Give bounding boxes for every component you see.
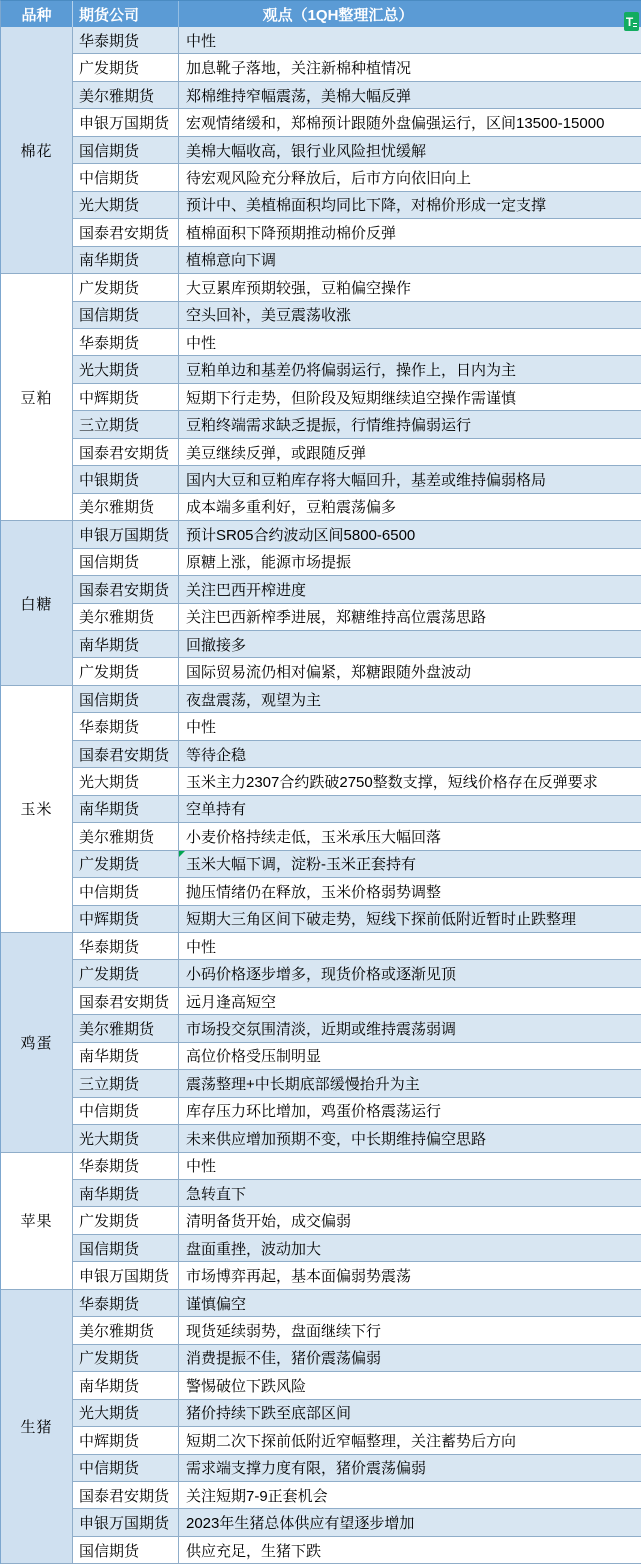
table-row: 广发期货 消费提振不佳，猪价震荡偏弱 — [73, 1345, 641, 1372]
opinion-cell[interactable]: 关注巴西开榨进度 — [179, 576, 641, 602]
company-cell[interactable]: 国信期货 — [73, 302, 179, 328]
opinion-cell[interactable]: 郑棉维持窄幅震荡，美棉大幅反弹 — [179, 82, 641, 108]
table-row: 国泰君安期货 植棉面积下降预期推动棉价反弹 — [73, 219, 641, 246]
section-rows: 广发期货 大豆累库预期较强，豆粕偏空操作 国信期货 空头回补，美豆震荡收涨 华泰… — [73, 274, 641, 521]
company-cell[interactable]: 申银万国期货 — [73, 1509, 179, 1535]
opinion-cell[interactable]: 美豆继续反弹，或跟随反弹 — [179, 439, 641, 465]
company-cell[interactable]: 申银万国期货 — [73, 109, 179, 135]
opinion-cell[interactable]: 预计中、美植棉面积均同比下降，对棉价形成一定支撑 — [179, 192, 641, 218]
table-row: 广发期货 国际贸易流仍相对偏紧，郑糖跟随外盘波动 — [73, 658, 641, 685]
opinion-cell[interactable]: 植棉面积下降预期推动棉价反弹 — [179, 219, 641, 245]
commodity-section: 豆粕 广发期货 大豆累库预期较强，豆粕偏空操作 国信期货 空头回补，美豆震荡收涨… — [1, 274, 641, 521]
opinion-cell[interactable]: 中性 — [179, 933, 641, 959]
table-row: 中信期货 库存压力环比增加，鸡蛋价格震荡运行 — [73, 1098, 641, 1125]
opinion-cell[interactable]: 植棉意向下调 — [179, 247, 641, 273]
opinion-cell[interactable]: 中性 — [179, 329, 641, 355]
opinion-cell[interactable]: 小码价格逐步增多，现货价格或逐渐见顶 — [179, 960, 641, 986]
company-cell[interactable]: 广发期货 — [73, 54, 179, 80]
header-variety: 品种 — [1, 1, 73, 27]
opinion-cell[interactable]: 玉米主力2307合约跌破2750整数支撑，短线价格存在反弹要求 — [179, 768, 641, 794]
commodity-section: 鸡蛋 华泰期货 中性 广发期货 小码价格逐步增多，现货价格或逐渐见顶 国泰君安期… — [1, 933, 641, 1153]
company-cell[interactable]: 南华期货 — [73, 631, 179, 657]
table-row: 广发期货 清明备货开始，成交偏弱 — [73, 1207, 641, 1234]
table-row: 光大期货 未来供应增加预期不变，中长期维持偏空思路 — [73, 1125, 641, 1152]
opinion-cell[interactable]: 盘面重挫，波动加大 — [179, 1235, 641, 1261]
table-row: 三立期货 震荡整理+中长期底部缓慢抬升为主 — [73, 1070, 641, 1097]
opinion-cell[interactable]: 现货延续弱势，盘面继续下行 — [179, 1317, 641, 1343]
company-cell[interactable]: 国信期货 — [73, 549, 179, 575]
table-row: 南华期货 警惕破位下跌风险 — [73, 1372, 641, 1399]
company-cell[interactable]: 中信期货 — [73, 1455, 179, 1481]
company-cell[interactable]: 华泰期货 — [73, 329, 179, 355]
company-cell[interactable]: 中银期货 — [73, 466, 179, 492]
table-row: 南华期货 急转直下 — [73, 1180, 641, 1207]
opinion-cell[interactable]: 短期下行走势，但阶段及短期继续追空操作需谨慎 — [179, 384, 641, 410]
company-cell[interactable]: 美尔雅期货 — [73, 823, 179, 849]
opinion-cell[interactable]: 猪价持续下跌至底部区间 — [179, 1400, 641, 1426]
company-cell[interactable]: 美尔雅期货 — [73, 494, 179, 520]
opinion-cell[interactable]: 夜盘震荡，观望为主 — [179, 686, 641, 712]
table-row: 国泰君安期货 美豆继续反弹，或跟随反弹 — [73, 439, 641, 466]
table-row: 国信期货 美棉大幅收高，银行业风险担忧缓解 — [73, 137, 641, 164]
commodity-section: 棉花 华泰期货 中性 广发期货 加息靴子落地，关注新棉种植情况 美尔雅期货 郑棉… — [1, 27, 641, 274]
opinion-cell[interactable]: 玉米大幅下调，淀粉-玉米正套持有 — [179, 851, 641, 877]
company-cell[interactable]: 光大期货 — [73, 1400, 179, 1426]
opinion-cell[interactable]: 中性 — [179, 27, 641, 53]
opinion-cell[interactable]: 清明备货开始，成交偏弱 — [179, 1207, 641, 1233]
section-rows: 华泰期货 中性 南华期货 急转直下 广发期货 清明备货开始，成交偏弱 国信期货 … — [73, 1153, 641, 1290]
table-row: 光大期货 预计中、美植棉面积均同比下降，对棉价形成一定支撑 — [73, 192, 641, 219]
company-cell[interactable]: 广发期货 — [73, 1207, 179, 1233]
opinion-cell[interactable]: 关注巴西新榨季进展，郑糖维持高位震荡思路 — [179, 604, 641, 630]
table-row: 广发期货 玉米大幅下调，淀粉-玉米正套持有 — [73, 851, 641, 878]
company-cell[interactable]: 国泰君安期货 — [73, 741, 179, 767]
company-cell[interactable]: 中信期货 — [73, 878, 179, 904]
section-rows: 申银万国期货 预计SR05合约波动区间5800-6500 国信期货 原糖上涨，能… — [73, 521, 641, 686]
company-cell[interactable]: 美尔雅期货 — [73, 1317, 179, 1343]
variety-cell[interactable]: 苹果 — [1, 1153, 73, 1290]
opinion-cell[interactable]: 中性 — [179, 713, 641, 739]
company-cell[interactable]: 美尔雅期货 — [73, 1015, 179, 1041]
opinion-cell[interactable]: 未来供应增加预期不变，中长期维持偏空思路 — [179, 1125, 641, 1151]
company-cell[interactable]: 广发期货 — [73, 658, 179, 684]
table-row: 美尔雅期货 成本端多重利好，豆粕震荡偏多 — [73, 494, 641, 521]
table-row: 南华期货 高位价格受压制明显 — [73, 1043, 641, 1070]
variety-cell[interactable]: 棉花 — [1, 27, 73, 274]
table-row: 国泰君安期货 关注短期7-9正套机会 — [73, 1482, 641, 1509]
table-header: 品种 期货公司 观点（1QH整理汇总） T — [1, 1, 641, 27]
header-company: 期货公司 — [73, 1, 179, 27]
table-row: 中辉期货 短期下行走势，但阶段及短期继续追空操作需谨慎 — [73, 384, 641, 411]
opinion-cell[interactable]: 国内大豆和豆粕库存将大幅回升，基差或维持偏弱格局 — [179, 466, 641, 492]
opinion-cell[interactable]: 震荡整理+中长期底部缓慢抬升为主 — [179, 1070, 641, 1096]
table-row: 三立期货 豆粕终端需求缺乏提振，行情维持偏弱运行 — [73, 411, 641, 438]
section-rows: 华泰期货 中性 广发期货 小码价格逐步增多，现货价格或逐渐见顶 国泰君安期货 远… — [73, 933, 641, 1153]
commodity-section: 白糖 申银万国期货 预计SR05合约波动区间5800-6500 国信期货 原糖上… — [1, 521, 641, 686]
company-cell[interactable]: 广发期货 — [73, 851, 179, 877]
table-row: 华泰期货 中性 — [73, 27, 641, 54]
table-row: 中银期货 国内大豆和豆粕库存将大幅回升，基差或维持偏弱格局 — [73, 466, 641, 493]
company-cell[interactable]: 南华期货 — [73, 796, 179, 822]
header-opinion: 观点（1QH整理汇总） — [179, 1, 641, 27]
table-row: 光大期货 猪价持续下跌至底部区间 — [73, 1400, 641, 1427]
opinion-cell[interactable]: 供应充足，生猪下跌 — [179, 1537, 641, 1563]
company-cell[interactable]: 国泰君安期货 — [73, 219, 179, 245]
table-row: 国泰君安期货 等待企稳 — [73, 741, 641, 768]
table-row: 国泰君安期货 关注巴西开榨进度 — [73, 576, 641, 603]
opinion-cell[interactable]: 加息靴子落地，关注新棉种植情况 — [179, 54, 641, 80]
table-row: 广发期货 加息靴子落地，关注新棉种植情况 — [73, 54, 641, 81]
table-row: 国信期货 空头回补，美豆震荡收涨 — [73, 302, 641, 329]
company-cell[interactable]: 光大期货 — [73, 1125, 179, 1151]
company-cell[interactable]: 光大期货 — [73, 768, 179, 794]
company-cell[interactable]: 三立期货 — [73, 411, 179, 437]
variety-cell[interactable]: 玉米 — [1, 686, 73, 933]
table-row: 申银万国期货 预计SR05合约波动区间5800-6500 — [73, 521, 641, 548]
company-cell[interactable]: 广发期货 — [73, 960, 179, 986]
opinion-cell[interactable]: 市场博弈再起，基本面偏弱势震荡 — [179, 1262, 641, 1288]
opinion-cell[interactable]: 等待企稳 — [179, 741, 641, 767]
table-row: 申银万国期货 市场博弈再起，基本面偏弱势震荡 — [73, 1262, 641, 1289]
company-cell[interactable]: 光大期货 — [73, 356, 179, 382]
company-cell[interactable]: 华泰期货 — [73, 713, 179, 739]
company-cell[interactable]: 国泰君安期货 — [73, 439, 179, 465]
opinion-cell[interactable]: 豆粕终端需求缺乏提振，行情维持偏弱运行 — [179, 411, 641, 437]
company-cell[interactable]: 光大期货 — [73, 192, 179, 218]
table-row: 中辉期货 短期二次下探前低附近窄幅整理，关注蓄势后方向 — [73, 1427, 641, 1454]
opinion-cell[interactable]: 成本端多重利好，豆粕震荡偏多 — [179, 494, 641, 520]
opinion-cell[interactable]: 回撤接多 — [179, 631, 641, 657]
table-row: 光大期货 玉米主力2307合约跌破2750整数支撑，短线价格存在反弹要求 — [73, 768, 641, 795]
table-row: 国信期货 夜盘震荡，观望为主 — [73, 686, 641, 713]
table-row: 美尔雅期货 郑棉维持窄幅震荡，美棉大幅反弹 — [73, 82, 641, 109]
commodity-section: 玉米 国信期货 夜盘震荡，观望为主 华泰期货 中性 国泰君安期货 等待企稳 光大… — [1, 686, 641, 933]
opinion-cell[interactable]: 中性 — [179, 1153, 641, 1179]
table-row: 光大期货 豆粕单边和基差仍将偏弱运行，操作上，日内为主 — [73, 356, 641, 383]
opinion-cell[interactable]: 远月逢高短空 — [179, 988, 641, 1014]
table-row: 申银万国期货 2023年生猪总体供应有望逐步增加 — [73, 1509, 641, 1536]
table-row: 国信期货 原糖上涨，能源市场提振 — [73, 549, 641, 576]
company-cell[interactable]: 国泰君安期货 — [73, 988, 179, 1014]
opinion-cell[interactable]: 空单持有 — [179, 796, 641, 822]
section-rows: 华泰期货 中性 广发期货 加息靴子落地，关注新棉种植情况 美尔雅期货 郑棉维持窄… — [73, 27, 641, 274]
table-row: 南华期货 空单持有 — [73, 796, 641, 823]
company-cell[interactable]: 南华期货 — [73, 1043, 179, 1069]
company-cell[interactable]: 国信期货 — [73, 137, 179, 163]
table-row: 广发期货 大豆累库预期较强，豆粕偏空操作 — [73, 274, 641, 301]
opinion-cell[interactable]: 需求端支撑力度有限，猪价震荡偏弱 — [179, 1455, 641, 1481]
opinion-cell[interactable]: 豆粕单边和基差仍将偏弱运行，操作上，日内为主 — [179, 356, 641, 382]
company-cell[interactable]: 国信期货 — [73, 686, 179, 712]
opinion-cell[interactable]: 小麦价格持续走低，玉米承压大幅回落 — [179, 823, 641, 849]
table-row: 广发期货 小码价格逐步增多，现货价格或逐渐见顶 — [73, 960, 641, 987]
company-cell[interactable]: 中信期货 — [73, 164, 179, 190]
company-cell[interactable]: 国信期货 — [73, 1537, 179, 1563]
opinion-cell[interactable]: 市场投交氛围清淡，近期或维持震荡弱调 — [179, 1015, 641, 1041]
opinion-cell[interactable]: 谨慎偏空 — [179, 1290, 641, 1316]
table-row: 美尔雅期货 关注巴西新榨季进展，郑糖维持高位震荡思路 — [73, 604, 641, 631]
opinion-cell[interactable]: 短期大三角区间下破走势，短线下探前低附近暂时止跌整理 — [179, 906, 641, 932]
company-cell[interactable]: 中信期货 — [73, 1098, 179, 1124]
opinion-cell[interactable]: 抛压情绪仍在释放，玉米价格弱势调整 — [179, 878, 641, 904]
company-cell[interactable]: 国泰君安期货 — [73, 576, 179, 602]
futures-opinion-table: 品种 期货公司 观点（1QH整理汇总） T 棉花 华泰期货 中性 广发期货 加息… — [0, 0, 641, 1564]
opinion-cell[interactable]: 短期二次下探前低附近窄幅整理，关注蓄势后方向 — [179, 1427, 641, 1453]
commodity-section: 苹果 华泰期货 中性 南华期货 急转直下 广发期货 清明备货开始，成交偏弱 国信… — [1, 1153, 641, 1290]
table-row: 中信期货 需求端支撑力度有限，猪价震荡偏弱 — [73, 1455, 641, 1482]
opinion-cell[interactable]: 消费提振不佳，猪价震荡偏弱 — [179, 1345, 641, 1371]
table-row: 南华期货 回撤接多 — [73, 631, 641, 658]
variety-cell[interactable]: 白糖 — [1, 521, 73, 686]
table-row: 华泰期货 谨慎偏空 — [73, 1290, 641, 1317]
table-row: 国泰君安期货 远月逢高短空 — [73, 988, 641, 1015]
table-row: 中信期货 抛压情绪仍在释放，玉米价格弱势调整 — [73, 878, 641, 905]
company-cell[interactable]: 华泰期货 — [73, 27, 179, 53]
opinion-cell[interactable]: 2023年生猪总体供应有望逐步增加 — [179, 1509, 641, 1535]
company-cell[interactable]: 国泰君安期货 — [73, 1482, 179, 1508]
opinion-cell[interactable]: 预计SR05合约波动区间5800-6500 — [179, 521, 641, 547]
opinion-cell[interactable]: 国际贸易流仍相对偏紧，郑糖跟随外盘波动 — [179, 658, 641, 684]
opinion-cell[interactable]: 空头回补，美豆震荡收涨 — [179, 302, 641, 328]
table-row: 申银万国期货 宏观情绪缓和，郑棉预计跟随外盘偏强运行，区间13500-15000 — [73, 109, 641, 136]
opinion-cell[interactable]: 警惕破位下跌风险 — [179, 1372, 641, 1398]
table-row: 中辉期货 短期大三角区间下破走势，短线下探前低附近暂时止跌整理 — [73, 906, 641, 933]
company-cell[interactable]: 申银万国期货 — [73, 1262, 179, 1288]
opinion-cell[interactable]: 美棉大幅收高，银行业风险担忧缓解 — [179, 137, 641, 163]
opinion-cell[interactable]: 待宏观风险充分释放后，后市方向依旧向上 — [179, 164, 641, 190]
table-row: 中信期货 待宏观风险充分释放后，后市方向依旧向上 — [73, 164, 641, 191]
table-row: 美尔雅期货 现货延续弱势，盘面继续下行 — [73, 1317, 641, 1344]
table-row: 华泰期货 中性 — [73, 329, 641, 356]
company-cell[interactable]: 申银万国期货 — [73, 521, 179, 547]
company-cell[interactable]: 广发期货 — [73, 274, 179, 300]
company-cell[interactable]: 三立期货 — [73, 1070, 179, 1096]
variety-cell[interactable]: 生猪 — [1, 1290, 73, 1564]
table-row: 华泰期货 中性 — [73, 1153, 641, 1180]
table-row: 南华期货 植棉意向下调 — [73, 247, 641, 274]
section-rows: 华泰期货 谨慎偏空 美尔雅期货 现货延续弱势，盘面继续下行 广发期货 消费提振不… — [73, 1290, 641, 1564]
table-row: 美尔雅期货 市场投交氛围清淡，近期或维持震荡弱调 — [73, 1015, 641, 1042]
company-cell[interactable]: 华泰期货 — [73, 1153, 179, 1179]
company-cell[interactable]: 广发期货 — [73, 1345, 179, 1371]
company-cell[interactable]: 国信期货 — [73, 1235, 179, 1261]
company-cell[interactable]: 华泰期货 — [73, 1290, 179, 1316]
section-rows: 国信期货 夜盘震荡，观望为主 华泰期货 中性 国泰君安期货 等待企稳 光大期货 … — [73, 686, 641, 933]
company-cell[interactable]: 中辉期货 — [73, 1427, 179, 1453]
company-cell[interactable]: 中辉期货 — [73, 384, 179, 410]
table-row: 美尔雅期货 小麦价格持续走低，玉米承压大幅回落 — [73, 823, 641, 850]
opinion-cell[interactable]: 急转直下 — [179, 1180, 641, 1206]
table-row: 华泰期货 中性 — [73, 933, 641, 960]
opinion-cell[interactable]: 高位价格受压制明显 — [179, 1043, 641, 1069]
company-cell[interactable]: 美尔雅期货 — [73, 82, 179, 108]
company-cell[interactable]: 中辉期货 — [73, 906, 179, 932]
opinion-cell[interactable]: 大豆累库预期较强，豆粕偏空操作 — [179, 274, 641, 300]
cell-comment-marker — [179, 851, 185, 857]
opinion-cell[interactable]: 宏观情绪缓和，郑棉预计跟随外盘偏强运行，区间13500-15000 — [179, 109, 641, 135]
table-row: 国信期货 供应充足，生猪下跌 — [73, 1537, 641, 1564]
opinion-cell[interactable]: 原糖上涨，能源市场提振 — [179, 549, 641, 575]
commodity-section: 生猪 华泰期货 谨慎偏空 美尔雅期货 现货延续弱势，盘面继续下行 广发期货 消费… — [1, 1290, 641, 1564]
opinion-cell[interactable]: 库存压力环比增加，鸡蛋价格震荡运行 — [179, 1098, 641, 1124]
company-cell[interactable]: 美尔雅期货 — [73, 604, 179, 630]
variety-cell[interactable]: 豆粕 — [1, 274, 73, 521]
opinion-cell[interactable]: 关注短期7-9正套机会 — [179, 1482, 641, 1508]
table-row: 华泰期货 中性 — [73, 713, 641, 740]
table-row: 国信期货 盘面重挫，波动加大 — [73, 1235, 641, 1262]
variety-cell[interactable]: 鸡蛋 — [1, 933, 73, 1153]
table-body: 棉花 华泰期货 中性 广发期货 加息靴子落地，关注新棉种植情况 美尔雅期货 郑棉… — [1, 27, 641, 1564]
company-cell[interactable]: 南华期货 — [73, 1372, 179, 1398]
company-cell[interactable]: 南华期货 — [73, 1180, 179, 1206]
company-cell[interactable]: 南华期货 — [73, 247, 179, 273]
header-opinion-label: 观点（1QH整理汇总） — [263, 4, 414, 25]
company-cell[interactable]: 华泰期货 — [73, 933, 179, 959]
